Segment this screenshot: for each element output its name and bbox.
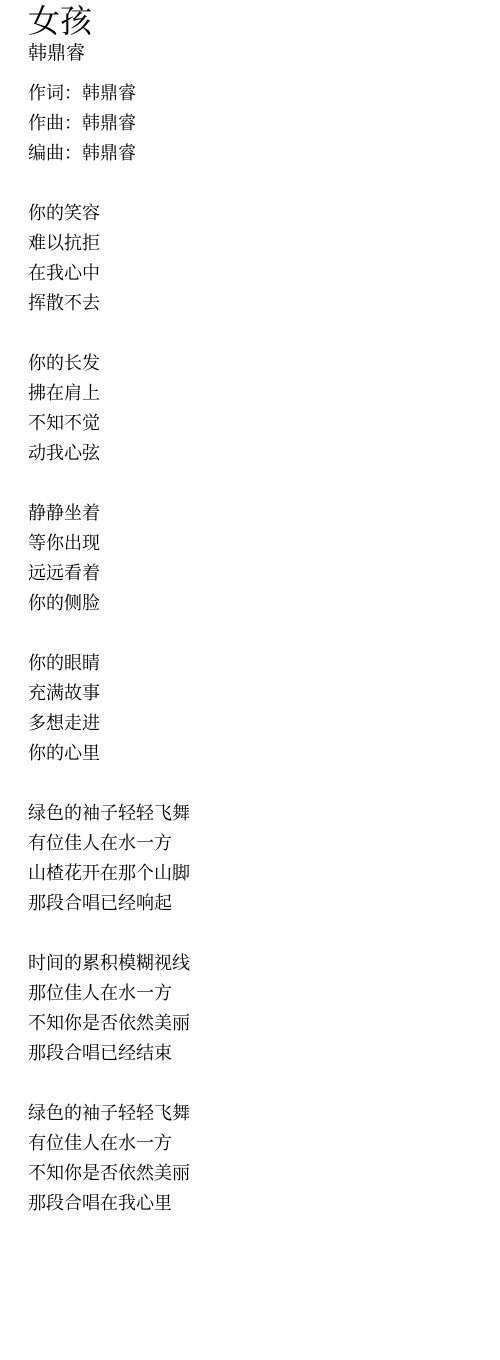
- credit-arranger: 编曲：韩鼎睿: [28, 138, 480, 168]
- lyric-line: 不知你是否依然美丽: [28, 1008, 480, 1038]
- credits-block: 作词：韩鼎睿 作曲：韩鼎睿 编曲：韩鼎睿: [28, 78, 480, 168]
- stanza-4: 你的眼睛 充满故事 多想走进 你的心里: [28, 648, 480, 768]
- lyric-line: 挥散不去: [28, 288, 480, 318]
- stanza-6: 时间的累积模糊视线 那位佳人在水一方 不知你是否依然美丽 那段合唱已经结束: [28, 948, 480, 1068]
- lyric-line: 静静坐着: [28, 498, 480, 528]
- lyric-line: 绿色的袖子轻轻飞舞: [28, 798, 480, 828]
- lyric-line: 绿色的袖子轻轻飞舞: [28, 1098, 480, 1128]
- lyric-line: 你的眼睛: [28, 648, 480, 678]
- lyric-line: 远远看着: [28, 558, 480, 588]
- lyric-line: 有位佳人在水一方: [28, 828, 480, 858]
- lyrics-page: 女孩 韩鼎睿 作词：韩鼎睿 作曲：韩鼎睿 编曲：韩鼎睿 你的笑容 难以抗拒 在我…: [0, 0, 500, 1360]
- credit-composer: 作曲：韩鼎睿: [28, 108, 480, 138]
- lyric-line: 不知你是否依然美丽: [28, 1158, 480, 1188]
- lyric-line: 拂在肩上: [28, 378, 480, 408]
- lyric-line: 时间的累积模糊视线: [28, 948, 480, 978]
- lyric-line: 不知不觉: [28, 408, 480, 438]
- lyric-line: 你的笑容: [28, 198, 480, 228]
- song-title: 女孩: [28, 0, 480, 42]
- credit-lyricist: 作词：韩鼎睿: [28, 78, 480, 108]
- lyric-line: 多想走进: [28, 708, 480, 738]
- stanza-5: 绿色的袖子轻轻飞舞 有位佳人在水一方 山楂花开在那个山脚 那段合唱已经响起: [28, 798, 480, 918]
- lyric-line: 那段合唱已经响起: [28, 888, 480, 918]
- stanza-3: 静静坐着 等你出现 远远看着 你的侧脸: [28, 498, 480, 618]
- lyric-line: 有位佳人在水一方: [28, 1128, 480, 1158]
- lyric-line: 你的长发: [28, 348, 480, 378]
- lyric-line: 充满故事: [28, 678, 480, 708]
- lyric-line: 你的侧脸: [28, 588, 480, 618]
- lyric-line: 那段合唱在我心里: [28, 1188, 480, 1218]
- lyric-line: 山楂花开在那个山脚: [28, 858, 480, 888]
- stanza-7: 绿色的袖子轻轻飞舞 有位佳人在水一方 不知你是否依然美丽 那段合唱在我心里: [28, 1098, 480, 1218]
- lyric-line: 那段合唱已经结束: [28, 1038, 480, 1068]
- stanza-1: 你的笑容 难以抗拒 在我心中 挥散不去: [28, 198, 480, 318]
- stanza-2: 你的长发 拂在肩上 不知不觉 动我心弦: [28, 348, 480, 468]
- lyric-line: 等你出现: [28, 528, 480, 558]
- lyric-line: 在我心中: [28, 258, 480, 288]
- lyric-line: 动我心弦: [28, 438, 480, 468]
- artist-name: 韩鼎睿: [28, 42, 480, 66]
- lyric-line: 难以抗拒: [28, 228, 480, 258]
- lyric-line: 你的心里: [28, 738, 480, 768]
- lyric-line: 那位佳人在水一方: [28, 978, 480, 1008]
